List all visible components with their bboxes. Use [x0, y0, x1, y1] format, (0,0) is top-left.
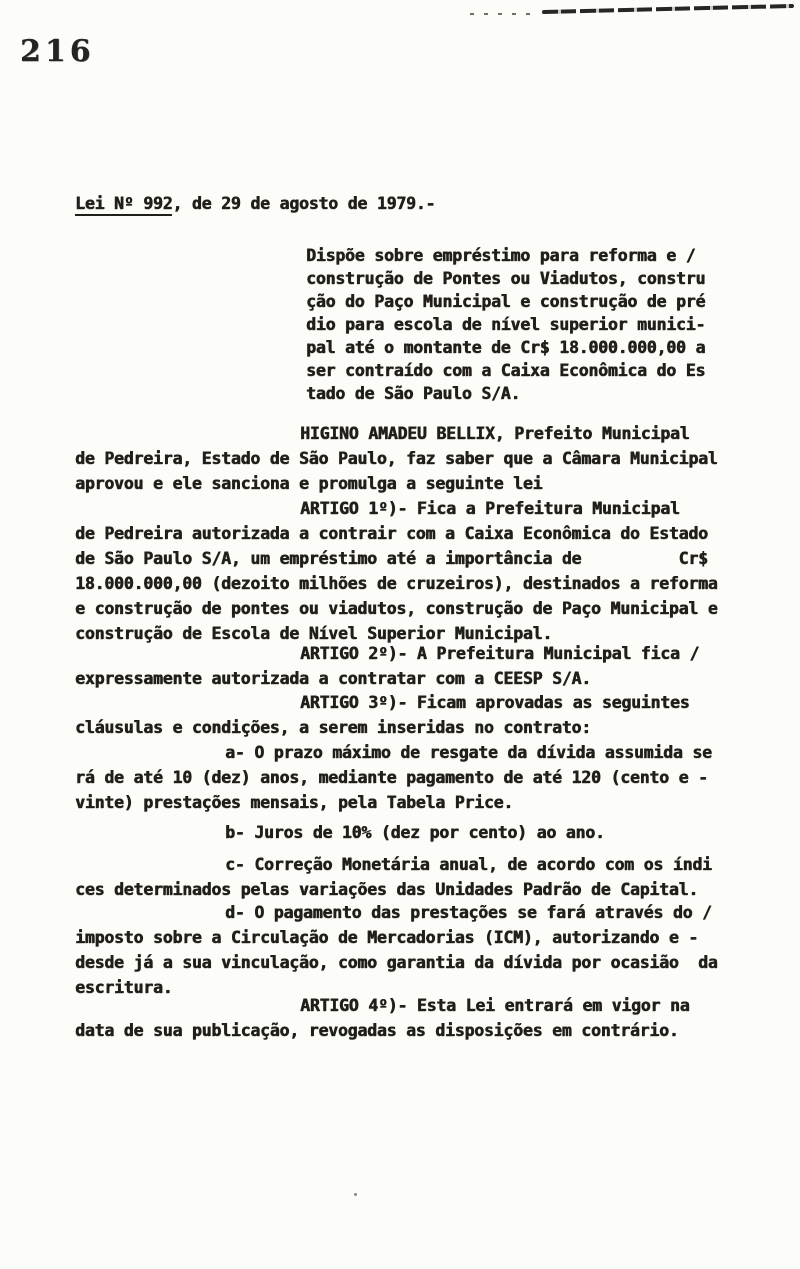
paragraph-art2: ARTIGO 2º)- A Prefeitura Municipal fica … — [75, 641, 775, 691]
paragraph-art1: ARTIGO 1º)- Fica a Prefeitura Municipald… — [75, 496, 775, 646]
paragraph-clause_b: b- Juros de 10% (dez por cento) ao ano. — [75, 820, 775, 845]
text-line: data de sua publicação, revogadas as dis… — [75, 1018, 775, 1043]
text-line: tado de São Paulo S/A. — [306, 382, 746, 405]
text-line: e construção de pontes ou viadutos, cons… — [75, 596, 775, 621]
text-line: de Pedreira autorizada a contrair com a … — [75, 521, 775, 546]
text-line: ces determinados pelas variações das Uni… — [75, 877, 775, 902]
text-line: aprovou e ele sanciona e promulga a segu… — [75, 471, 775, 496]
law-title: Lei Nº 992, de 29 de agosto de 1979.- — [75, 191, 775, 216]
paragraph-preamble: HIGINO AMADEU BELLIX, Prefeito Municipal… — [75, 421, 775, 496]
text-line: a- O prazo máximo de resgate da dívida a… — [75, 740, 775, 765]
text-line: pal até o montante de Cr$ 18.000.000,00 … — [306, 336, 746, 359]
paragraph-clause_c: c- Correção Monetária anual, de acordo c… — [75, 852, 775, 902]
text-line: HIGINO AMADEU BELLIX, Prefeito Municipal — [75, 421, 775, 446]
text-line: imposto sobre a Circulação de Mercadoria… — [75, 925, 775, 950]
law-title-date: , de 29 de agosto de 1979.- — [172, 194, 435, 213]
text-line: Dispõe sobre empréstimo para reforma e / — [306, 244, 746, 267]
document-body: Lei Nº 992, de 29 de agosto de 1979.- Di… — [0, 0, 800, 1269]
text-line: c- Correção Monetária anual, de acordo c… — [75, 852, 775, 877]
text-line: b- Juros de 10% (dez por cento) ao ano. — [75, 820, 775, 845]
text-line: rá de até 10 (dez) anos, mediante pagame… — [75, 765, 775, 790]
text-line: ARTIGO 2º)- A Prefeitura Municipal fica … — [75, 641, 775, 666]
text-line: ARTIGO 4º)- Esta Lei entrará em vigor na — [75, 993, 775, 1018]
paragraph-ementa: Dispõe sobre empréstimo para reforma e /… — [306, 244, 746, 405]
text-line: ção do Paço Municipal e construção de pr… — [306, 290, 746, 313]
text-line: ser contraído com a Caixa Econômica do E… — [306, 359, 746, 382]
paragraph-clause_d: d- O pagamento das prestações se fará at… — [75, 900, 775, 1000]
text-line: de Pedreira, Estado de São Paulo, faz sa… — [75, 446, 775, 471]
paragraph-clause_a: a- O prazo máximo de resgate da dívida a… — [75, 740, 775, 815]
paragraph-art3: ARTIGO 3º)- Ficam aprovadas as seguintes… — [75, 690, 775, 740]
text-line: ARTIGO 1º)- Fica a Prefeitura Municipal — [75, 496, 775, 521]
paragraph-art4: ARTIGO 4º)- Esta Lei entrará em vigor na… — [75, 993, 775, 1043]
text-line: cláusulas e condições, a serem inseridas… — [75, 715, 775, 740]
text-line: vinte) prestações mensais, pela Tabela P… — [75, 790, 775, 815]
text-line: de São Paulo S/A, um empréstimo até a im… — [75, 546, 775, 571]
text-line: 18.000.000,00 (dezoito milhões de cruzei… — [75, 571, 775, 596]
text-line: desde já a sua vinculação, como garantia… — [75, 950, 775, 975]
text-line: dio para escola de nível superior munici… — [306, 313, 746, 336]
text-line: d- O pagamento das prestações se fará at… — [75, 900, 775, 925]
text-line: ARTIGO 3º)- Ficam aprovadas as seguintes — [75, 690, 775, 715]
text-line: expressamente autorizada a contratar com… — [75, 666, 775, 691]
law-title-number: Lei Nº 992 — [75, 194, 172, 216]
scanned-document-page: 216 Lei Nº 992, de 29 de agosto de 1979.… — [0, 0, 800, 1269]
text-line: construção de Pontes ou Viadutos, constr… — [306, 267, 746, 290]
ink-speck — [354, 1193, 357, 1196]
